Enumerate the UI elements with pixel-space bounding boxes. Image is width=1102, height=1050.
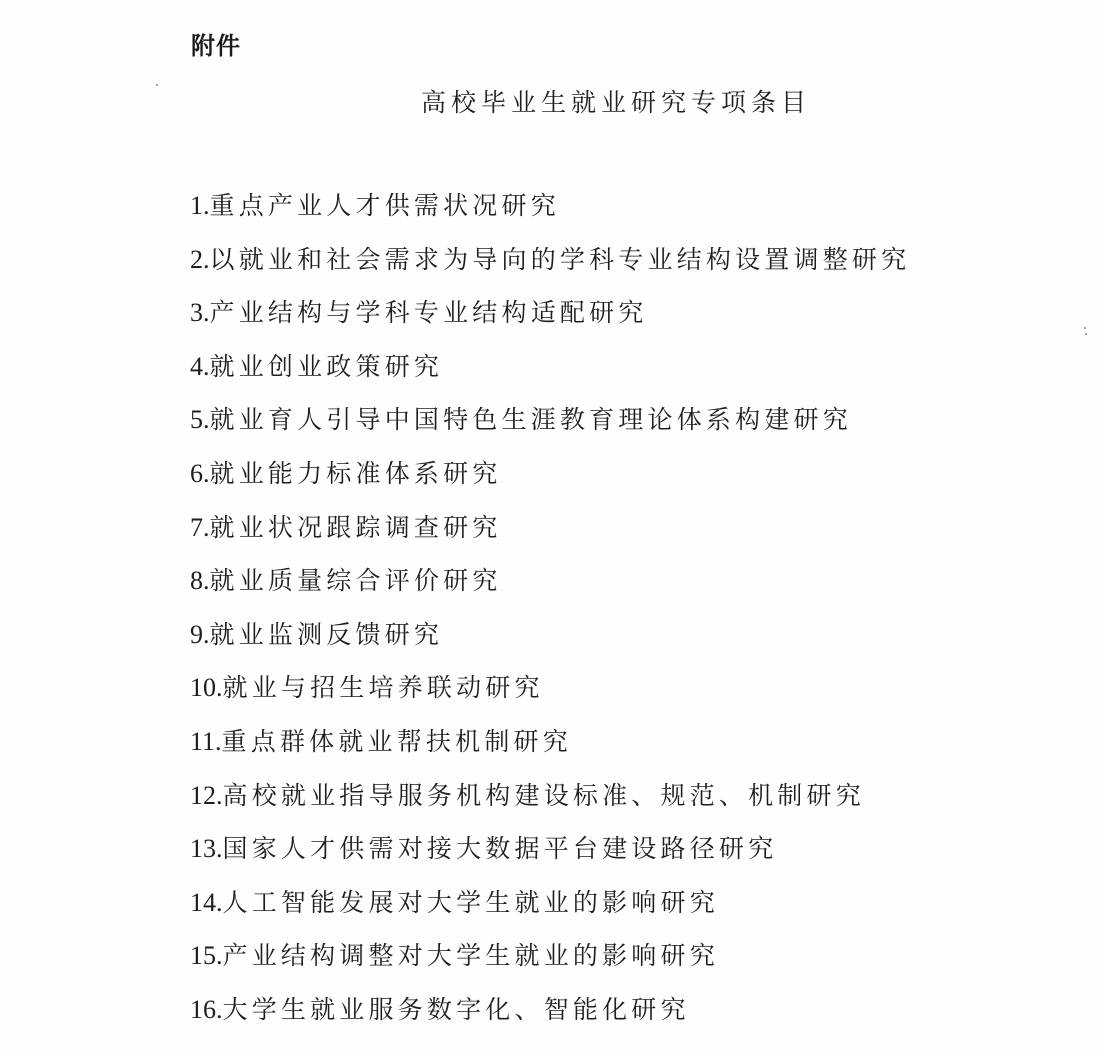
list-item: 1.重点产业人才供需状况研究 [190,186,910,240]
list-item: 16.大学生就业服务数字化、智能化研究 [190,990,910,1044]
document-title: 高校毕业生就业研究专项条目 [421,83,811,119]
attachment-label: 附件 [191,26,241,61]
item-number: 11. [190,727,222,756]
list-item: 2.以就业和社会需求为导向的学科专业结构设置调整研究 [190,240,910,294]
item-text: 重点群体就业帮扶机制研究 [222,727,572,756]
list-item: 11.重点群体就业帮扶机制研究 [190,722,910,776]
item-number: 7. [190,513,210,542]
list-item: 8.就业质量综合评价研究 [190,561,910,615]
item-number: 4. [190,352,210,381]
item-number: 2. [190,245,210,274]
item-number: 8. [190,566,210,595]
item-number: 1. [190,191,210,220]
list-item: 14.人工智能发展对大学生就业的影响研究 [190,883,910,937]
item-text: 就业与招生培养联动研究 [223,673,544,702]
item-number: 16. [190,995,223,1024]
item-number: 6. [190,459,210,488]
item-text: 就业育人引导中国特色生涯教育理论体系构建研究 [210,405,852,434]
item-text: 人工智能发展对大学生就业的影响研究 [223,888,719,917]
list-item: 3.产业结构与学科专业结构适配研究 [190,293,910,347]
list-item: 7.就业状况跟踪调查研究 [190,508,910,562]
list-item: 10.就业与招生培养联动研究 [190,668,910,722]
list-item: 13.国家人才供需对接大数据平台建设路径研究 [190,829,910,883]
item-text: 大学生就业服务数字化、智能化研究 [223,995,690,1024]
item-number: 13. [190,834,223,863]
item-text: 高校就业指导服务机构建设标准、规范、机制研究 [223,781,865,810]
item-number: 15. [190,941,223,970]
list-item: 6.就业能力标准体系研究 [190,454,910,508]
item-text: 就业质量综合评价研究 [210,566,502,595]
item-number: 12. [190,781,223,810]
research-items-list: 1.重点产业人才供需状况研究 2.以就业和社会需求为导向的学科专业结构设置调整研… [190,186,910,1044]
item-number: 10. [190,673,223,702]
item-text: 国家人才供需对接大数据平台建设路径研究 [223,834,778,863]
item-text: 产业结构与学科专业结构适配研究 [210,298,648,327]
list-item: 12.高校就业指导服务机构建设标准、规范、机制研究 [190,776,910,830]
item-number: 3. [190,298,210,327]
list-item: 4.就业创业政策研究 [190,347,910,401]
item-text: 就业能力标准体系研究 [210,459,502,488]
item-text: 以就业和社会需求为导向的学科专业结构设置调整研究 [210,245,911,274]
list-item: 5.就业育人引导中国特色生涯教育理论体系构建研究 [190,400,910,454]
item-text: 就业监测反馈研究 [210,620,444,649]
scan-speck [1084,327,1086,329]
item-number: 9. [190,620,210,649]
scan-speck [156,84,158,86]
item-text: 产业结构调整对大学生就业的影响研究 [223,941,719,970]
document-page: 附件 高校毕业生就业研究专项条目 1.重点产业人才供需状况研究 2.以就业和社会… [0,0,1102,1050]
item-text: 就业创业政策研究 [210,352,444,381]
item-text: 就业状况跟踪调查研究 [210,513,502,542]
item-text: 重点产业人才供需状况研究 [210,191,560,220]
item-number: 5. [190,405,210,434]
list-item: 15.产业结构调整对大学生就业的影响研究 [190,936,910,990]
item-number: 14. [190,888,223,917]
scan-speck [1085,333,1087,335]
list-item: 9.就业监测反馈研究 [190,615,910,669]
